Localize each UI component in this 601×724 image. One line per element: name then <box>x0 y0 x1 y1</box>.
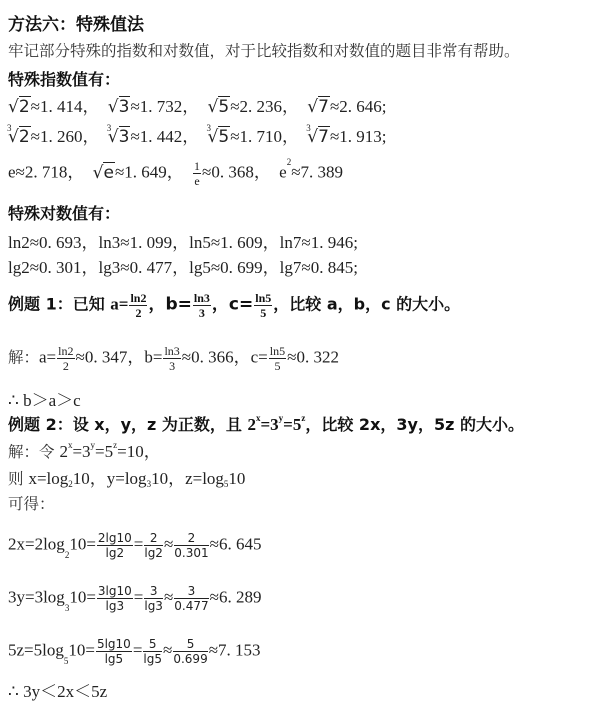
cbrt-5: 3√5 <box>208 128 231 146</box>
cbrt-values-row: 3√2≈1. 260， 3√3≈1. 442， 3√5≈1. 710， 3√7≈… <box>8 128 387 146</box>
example1-solution: 解：a=ln22≈0. 347，b=ln33≈0. 366，c=ln55≈0. … <box>8 345 339 372</box>
derivation-row-3y: 3y=3log310=3lg10lg3=3lg3≈30.477≈6. 289 <box>8 585 262 612</box>
example2-let: 解：令 2x=3y=5z=10， <box>8 443 161 461</box>
sqrt-values-row: √2≈1. 414， √3≈1. 732， √5≈2. 236， √7≈2. 6… <box>8 98 387 116</box>
sqrt-3: √3 <box>108 98 131 116</box>
cbrt-7: 3√7 <box>307 128 330 146</box>
log-heading: 特殊对数值有： <box>8 206 120 222</box>
example1-conclusion: ∴ b＞a＞c <box>8 392 81 409</box>
lg-values-row: lg2≈0. 301，lg3≈0. 477，lg5≈0. 699，lg7≈0. … <box>8 259 358 276</box>
example2-then: 则 x=log210，y=log310，z=log510 <box>8 470 245 488</box>
sqrt-5: √5 <box>208 98 231 116</box>
intro-text: 牢记部分特殊的指数和对数值，对于比较指数和对数值的题目非常有帮助。 <box>8 44 520 60</box>
sol-a-fraction: ln22 <box>57 345 74 372</box>
example2-obtain: 可得： <box>8 497 55 513</box>
ln-values-row: ln2≈0. 693，ln3≈1. 099，ln5≈1. 609，ln7≈1. … <box>8 234 358 251</box>
sol-b-fraction: ln33 <box>163 345 180 372</box>
derivation-row-2x: 2x=2log210=2lg10lg2=2lg2≈20.301≈6. 645 <box>8 532 262 559</box>
exp-heading: 特殊指数值有： <box>8 72 120 88</box>
inv-e-fraction: 1e <box>193 160 201 187</box>
sol-c-fraction: ln55 <box>269 345 286 372</box>
c-fraction: ln55 <box>254 292 272 319</box>
example2-conclusion: ∴ 3y＜2x＜5z <box>8 683 107 700</box>
sqrt-7: √7 <box>307 98 330 116</box>
sqrt-2: √2 <box>8 98 31 116</box>
sqrt-e: √e <box>93 164 115 182</box>
b-fraction: ln33 <box>193 292 211 319</box>
derivation-row-5z: 5z=5log510=5lg10lg5=5lg5≈50.699≈7. 153 <box>8 638 261 665</box>
e-values-row: e≈2. 718， √e≈1. 649， 1e≈0. 368， e2≈7. 38… <box>8 160 343 187</box>
cbrt-3: 3√3 <box>108 128 131 146</box>
section-title: 方法六：特殊值法 <box>8 17 144 34</box>
example2-question: 例题 2：设 x，y，z 为正数，且 2x=3y=5z，比较 2x，3y，5z … <box>8 416 524 433</box>
a-fraction: ln22 <box>129 292 147 319</box>
cbrt-2: 3√2 <box>8 128 31 146</box>
example1-question: 例题 1：已知 a=ln22，b=ln33，c=ln55，比较 a，b，c 的大… <box>8 292 460 319</box>
